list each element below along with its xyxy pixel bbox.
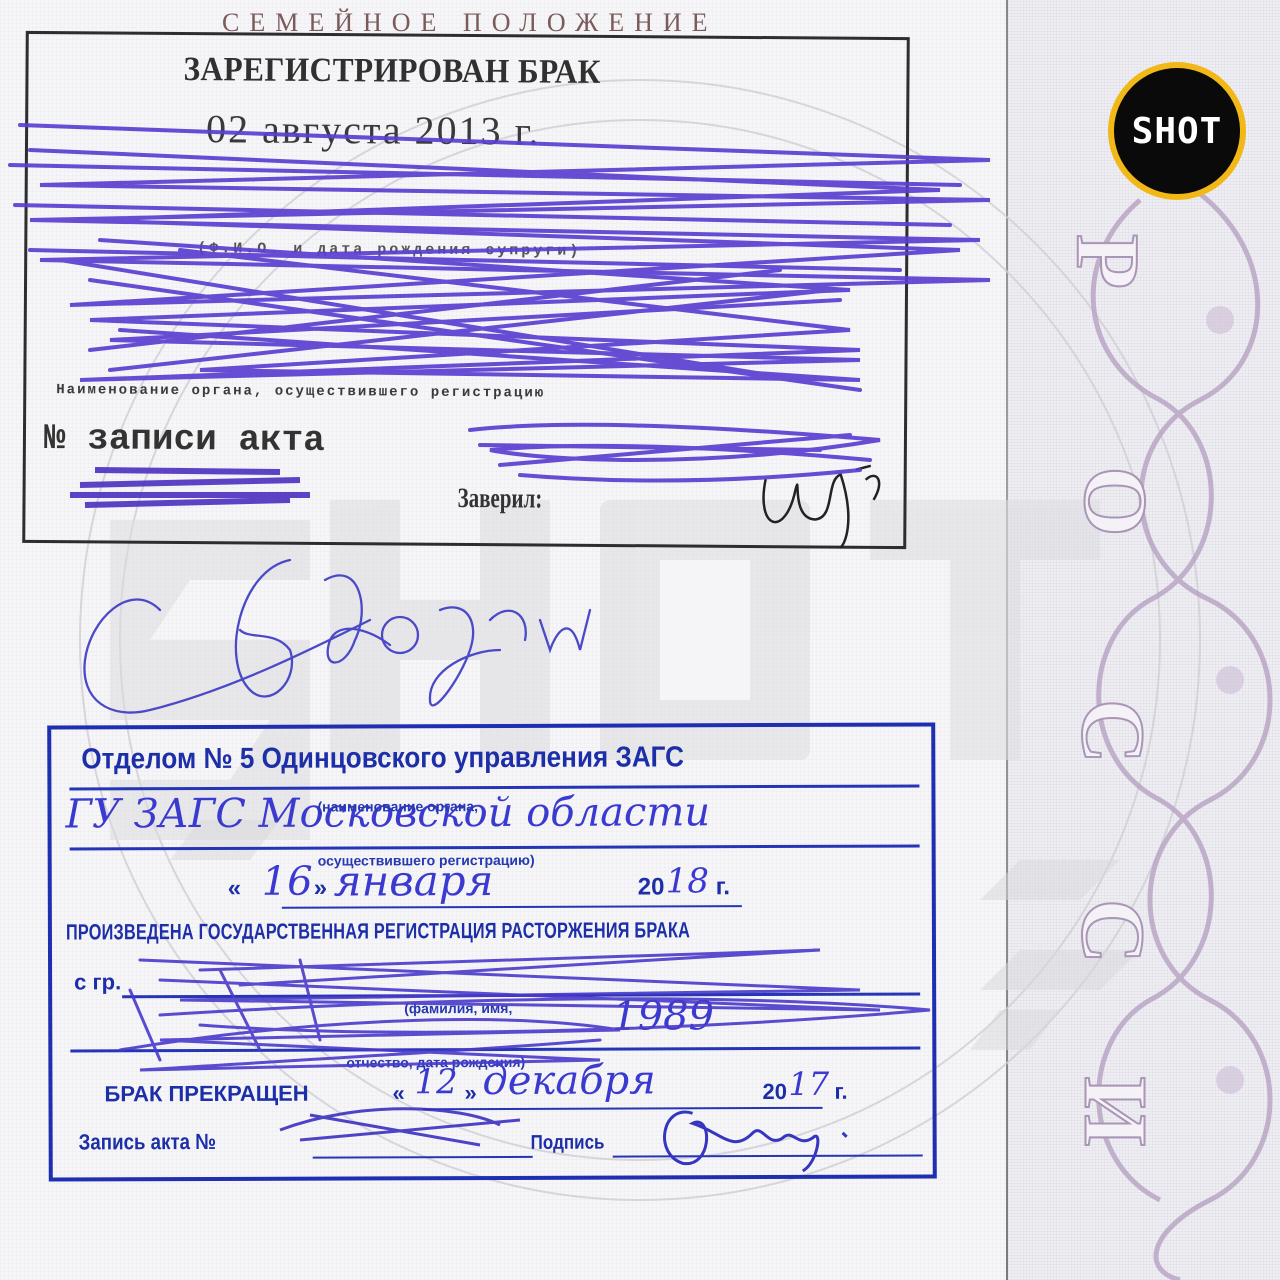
registration-month: января <box>334 856 494 906</box>
stamp-rule <box>70 1047 920 1053</box>
marriage-registration-stamp: ЗАРЕГИСТРИРОВАН БРАК 02 августа 2013 г. … <box>22 31 910 549</box>
ornament-letter: С <box>1061 699 1164 764</box>
organ-caption-1: (наименование органа, <box>317 798 478 815</box>
spouse-caption: (Ф.И.О. и дата рождения супруги) <box>197 240 581 260</box>
terminated-day: 12 <box>414 1062 457 1102</box>
marriage-terminated-label: БРАК ПРЕКРАЩЕН <box>104 1081 308 1108</box>
terminated-year-suffix: 17 <box>788 1065 829 1103</box>
svg-text:Свободен: Свободен <box>270 658 275 661</box>
with-citizen-label: с гр. <box>74 969 121 995</box>
close-quote: » <box>464 1080 476 1106</box>
ornament-letter: Р <box>1056 234 1159 289</box>
stamp-rule <box>613 1154 923 1157</box>
act-number-label: № записи акта <box>44 418 325 461</box>
stamp-rule <box>70 845 920 851</box>
registration-day: 16 <box>262 859 313 905</box>
registration-year-prefix: 20 <box>638 873 665 901</box>
stamp-rule <box>313 1156 533 1159</box>
shot-logo: SHOT <box>1108 62 1246 200</box>
page-gutter <box>1006 0 1008 1280</box>
signature-label: Подпись <box>531 1132 605 1155</box>
russia-ornament: Р О С С И <box>1060 180 1280 1280</box>
stamp-rule <box>423 1107 823 1110</box>
shot-logo-text: SHOT <box>1132 111 1223 152</box>
open-quote: « <box>228 875 241 903</box>
stamp-rule <box>122 993 920 999</box>
handwritten-note-free: Свободен <box>70 540 950 730</box>
birth-year: 1989 <box>612 993 714 1039</box>
ornament-letter: С <box>1061 899 1164 964</box>
spouse-name-redacted: [зачёркнуто] <box>192 275 353 310</box>
divorce-registered-text: ПРОИЗВЕДЕНА ГОСУДАРСТВЕННАЯ РЕГИСТРАЦИЯ … <box>66 917 690 945</box>
spouse-birth-redacted: [зачёркнуто] <box>247 323 408 358</box>
year-label: г. <box>716 873 730 901</box>
divorce-registration-stamp: Отделом № 5 Одинцовского управления ЗАГС… <box>47 722 937 1181</box>
name-caption: (фамилия, имя, <box>404 1000 512 1016</box>
organ-caption: Наименование органа, осуществившего реги… <box>56 382 545 401</box>
registry-department: Отделом № 5 Одинцовского управления ЗАГС <box>81 741 684 776</box>
year-label: г. <box>834 1079 847 1105</box>
close-quote: » <box>314 875 327 903</box>
open-quote: « <box>392 1080 404 1106</box>
certified-label: Заверил: <box>457 483 542 516</box>
registration-year-suffix: 18 <box>666 861 709 901</box>
ornament-letter: О <box>1064 466 1167 536</box>
stamp-rule <box>282 905 742 909</box>
marriage-date: 02 августа 2013 г. <box>206 105 541 154</box>
terminated-month: декабря <box>482 1057 655 1104</box>
certifier-signature-icon <box>745 459 896 550</box>
ornament-letter: И <box>1064 1076 1167 1146</box>
act-record-label: Запись акта № <box>79 1129 216 1155</box>
terminated-year-prefix: 20 <box>762 1079 787 1105</box>
marriage-heading: ЗАРЕГИСТРИРОВАН БРАК <box>183 51 601 92</box>
